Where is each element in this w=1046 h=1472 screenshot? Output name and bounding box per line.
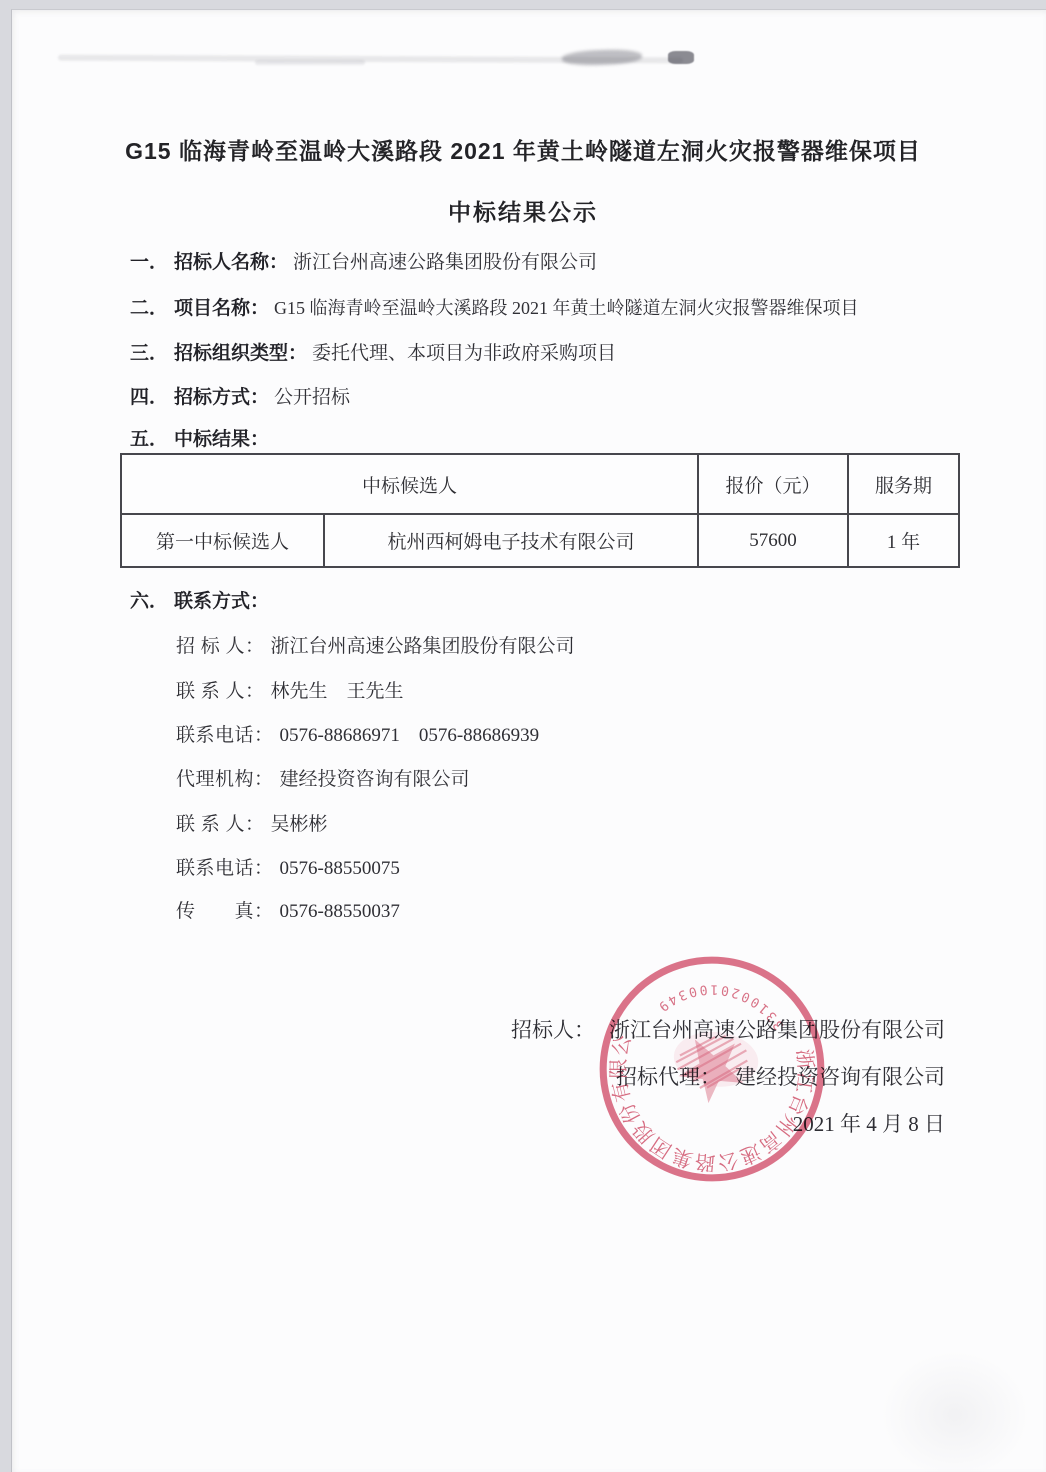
contact-label: 联 系 人： (176, 681, 265, 702)
bid-result-table: 中标候选人 报价（元） 服务期 第一中标候选人 杭州西柯姆电子技术有限公司 57… (120, 453, 960, 568)
item-number: 二． (130, 298, 168, 319)
item-label: 招标组织类型： (174, 343, 307, 364)
document-title-line1: G15 临海青岭至温岭大溪路段 2021 年黄土岭隧道左洞火灾报警器维保项目 (0, 133, 1046, 166)
item-number: 三． (130, 343, 168, 364)
contact-value: 建经投资咨询有限公司 (280, 769, 470, 790)
table-cell-service: 1 年 (848, 514, 959, 567)
table-row: 第一中标候选人 杭州西柯姆电子技术有限公司 57600 1 年 (121, 514, 959, 567)
item-number: 四． (130, 387, 168, 408)
contact-value: 0576-88550075 (280, 858, 400, 879)
contact-label: 招 标 人： (176, 636, 265, 657)
item-label: 招标方式： (174, 387, 269, 408)
item-value: 公开招标 (274, 387, 350, 408)
contact-line-phone1: 联系电话：0576-88686971 0576-88686939 (176, 720, 539, 747)
table-cell-company: 杭州西柯姆电子技术有限公司 (324, 514, 698, 567)
list-item-project-name: 二．项目名称：G15 临海青岭至温岭大溪路段 2021 年黄土岭隧道左洞火灾报警… (130, 293, 859, 320)
item-label: 联系方式： (174, 591, 269, 612)
table-header-price: 报价（元） (698, 454, 848, 514)
item-label: 中标结果： (174, 429, 269, 450)
document-title-line2: 中标结果公示 (0, 194, 1046, 227)
item-value: 浙江台州高速公路集团股份有限公司 (293, 252, 597, 273)
contact-line-person1: 联 系 人：林先生 王先生 (176, 676, 404, 703)
company-seal: 浙江台州高速公路集团股份有限公司 3310020100349 (581, 938, 843, 1200)
contact-label: 传 真： (176, 901, 274, 922)
contact-value: 吴彬彬 (271, 814, 328, 835)
table-cell-rank: 第一中标候选人 (121, 514, 324, 567)
contact-label: 代理机构： (176, 769, 274, 790)
list-item-contact: 六．联系方式： (130, 586, 269, 613)
contact-label: 联系电话： (176, 725, 274, 746)
item-label: 项目名称： (174, 298, 269, 319)
item-label: 招标人名称： (174, 252, 288, 273)
table-header-service: 服务期 (848, 454, 959, 514)
item-number: 五． (130, 429, 168, 450)
contact-line-person2: 联 系 人：吴彬彬 (176, 809, 328, 836)
contact-value: 0576-88686971 0576-88686939 (280, 725, 540, 746)
table-cell-price: 57600 (698, 514, 848, 567)
contact-line-bidder: 招 标 人：浙江台州高速公路集团股份有限公司 (176, 631, 575, 658)
item-number: 一． (130, 252, 168, 273)
contact-value: 浙江台州高速公路集团股份有限公司 (271, 636, 575, 657)
contact-value: 0576-88550037 (280, 901, 400, 922)
contact-label: 联 系 人： (176, 814, 265, 835)
item-value: 委托代理、本项目为非政府采购项目 (312, 343, 616, 364)
contact-label: 联系电话： (176, 858, 274, 879)
scan-background: G15 临海青岭至温岭大溪路段 2021 年黄土岭隧道左洞火灾报警器维保项目 中… (0, 0, 1046, 1472)
table-header-candidate: 中标候选人 (121, 454, 698, 514)
contact-line-agency: 代理机构：建经投资咨询有限公司 (176, 764, 470, 791)
list-item-org-type: 三．招标组织类型：委托代理、本项目为非政府采购项目 (130, 338, 616, 365)
table-header-row: 中标候选人 报价（元） 服务期 (121, 454, 959, 514)
seal-code-text: 3310020100349 (651, 975, 791, 1034)
item-value: G15 临海青岭至温岭大溪路段 2021 年黄土岭隧道左洞火灾报警器维保项目 (274, 298, 859, 318)
contact-value: 林先生 王先生 (271, 681, 404, 702)
list-item-bidder-name: 一．招标人名称：浙江台州高速公路集团股份有限公司 (130, 247, 597, 274)
contact-line-fax: 传 真：0576-88550037 (176, 896, 400, 923)
list-item-bid-method: 四．招标方式：公开招标 (130, 382, 350, 409)
item-number: 六． (130, 591, 168, 612)
list-item-result: 五．中标结果： (130, 424, 269, 451)
svg-text:3310020100349: 3310020100349 (651, 975, 791, 1034)
contact-line-phone2: 联系电话：0576-88550075 (176, 853, 400, 880)
